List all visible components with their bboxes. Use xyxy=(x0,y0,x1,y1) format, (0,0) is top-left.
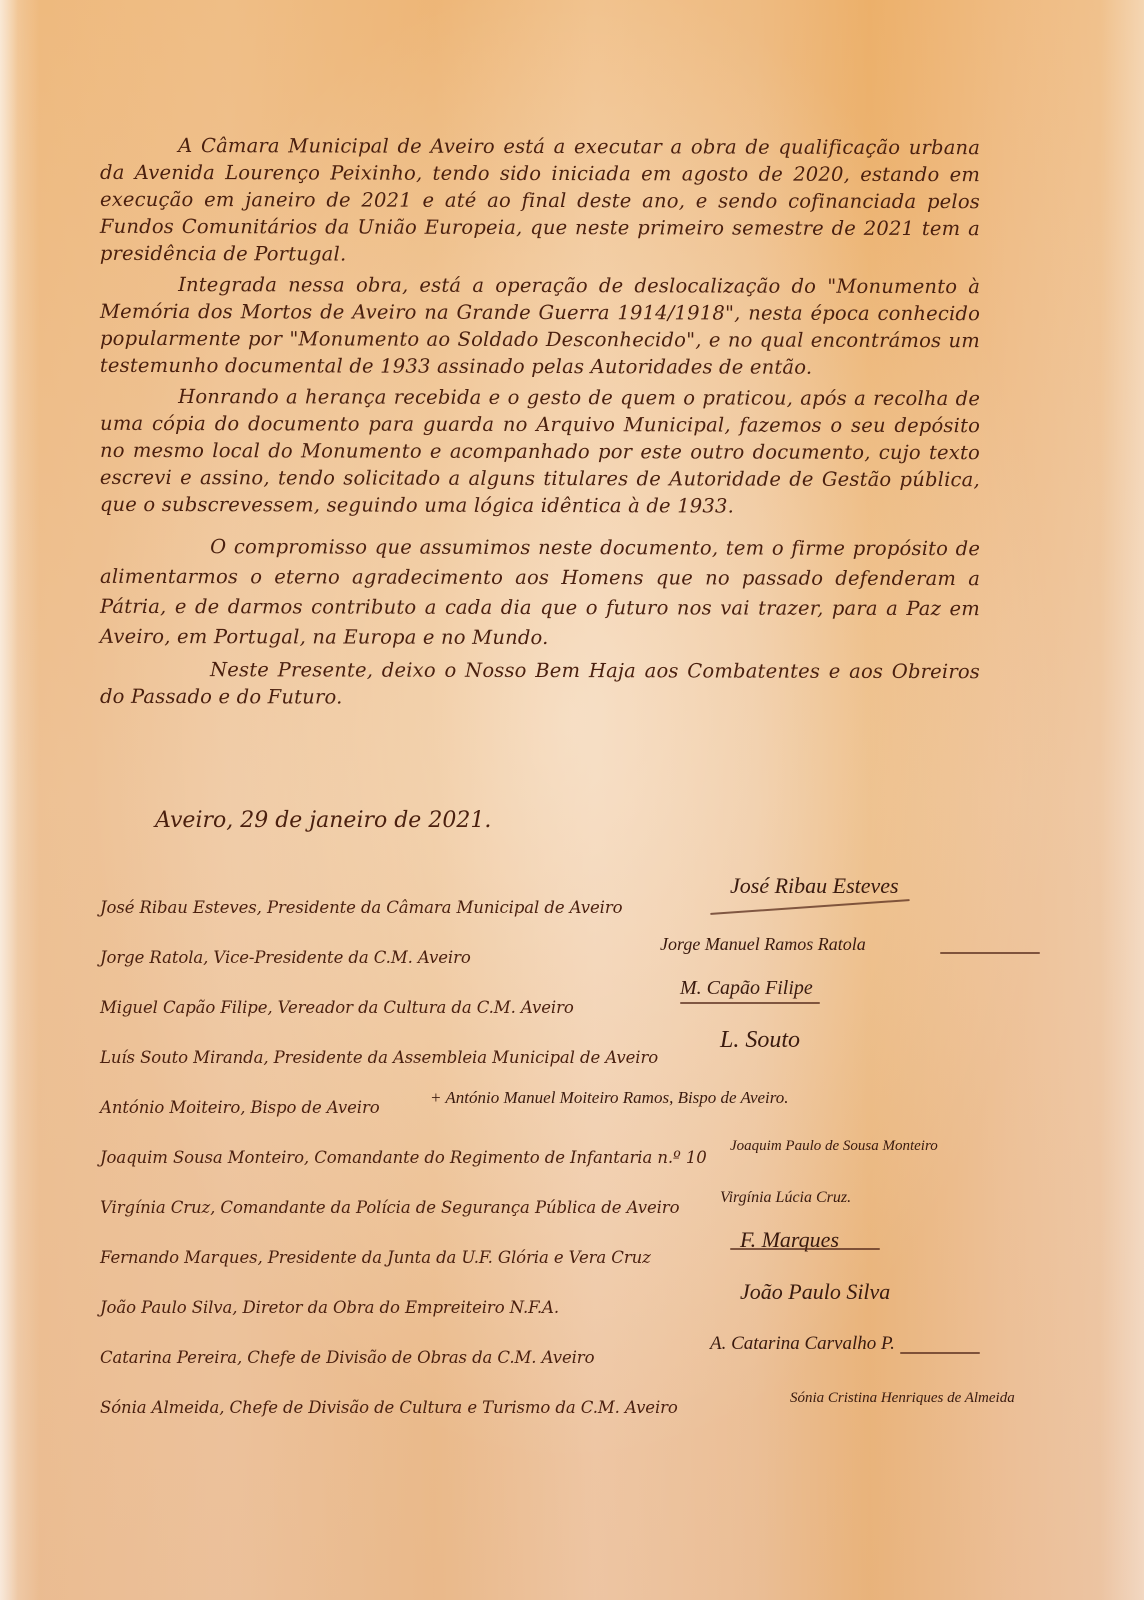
paragraph-5: Neste Presente, deixo o Nosso Bem Haja a… xyxy=(100,656,980,712)
signatory-row: Joaquim Sousa Monteiro, Comandante do Re… xyxy=(100,1122,1060,1172)
paragraph-3: Honrando a herança recebida e o gesto de… xyxy=(100,383,980,520)
signatory-name: Miguel Capão Filipe, Vereador da Cultura… xyxy=(100,994,574,1022)
signatory-name: Sónia Almeida, Chefe de Divisão de Cultu… xyxy=(100,1394,678,1422)
signatory-name: António Moiteiro, Bispo de Aveiro xyxy=(100,1094,380,1122)
paragraph-1: A Câmara Municipal de Aveiro está a exec… xyxy=(100,132,980,269)
signature-flourish xyxy=(940,952,1040,954)
signature: Joaquim Paulo de Sousa Monteiro xyxy=(730,1134,938,1158)
signatory-name: Luís Souto Miranda, Presidente da Assemb… xyxy=(100,1044,658,1072)
signature: João Paulo Silva xyxy=(740,1280,890,1304)
signatory-name: Catarina Pereira, Chefe de Divisão de Ob… xyxy=(100,1344,594,1372)
signatory-name: João Paulo Silva, Diretor da Obra do Emp… xyxy=(100,1294,559,1322)
signature: M. Capão Filipe xyxy=(680,976,813,1000)
signatory-row: Jorge Ratola, Vice-Presidente da C.M. Av… xyxy=(100,922,1060,972)
signatory-row: Fernando Marques, Presidente da Junta da… xyxy=(100,1222,1060,1272)
signatory-name: Fernando Marques, Presidente da Junta da… xyxy=(100,1244,651,1272)
signatory-row: Luís Souto Miranda, Presidente da Assemb… xyxy=(100,1022,1060,1072)
signatory-name: José Ribau Esteves, Presidente da Câmara… xyxy=(100,894,622,922)
signature: Jorge Manuel Ramos Ratola xyxy=(660,932,866,956)
signatory-row: António Moiteiro, Bispo de Aveiro + Antó… xyxy=(100,1072,1060,1122)
signature-flourish xyxy=(680,1002,820,1004)
signatory-name: Joaquim Sousa Monteiro, Comandante do Re… xyxy=(100,1144,707,1172)
signature: Sónia Cristina Henriques de Almeida xyxy=(790,1386,1015,1410)
signature-flourish xyxy=(730,1248,880,1250)
signature-flourish xyxy=(710,899,910,915)
signatory-row: Virgínia Cruz, Comandante da Polícia de … xyxy=(100,1172,1060,1222)
paragraph-4: O compromisso que assumimos neste docume… xyxy=(100,532,980,654)
document-body: A Câmara Municipal de Aveiro está a exec… xyxy=(100,133,980,715)
signatory-row: Catarina Pereira, Chefe de Divisão de Ob… xyxy=(100,1322,1060,1372)
signature-flourish xyxy=(900,1352,980,1354)
signatory-row: José Ribau Esteves, Presidente da Câmara… xyxy=(100,872,1060,922)
signature: L. Souto xyxy=(720,1028,800,1052)
signatory-row: Sónia Almeida, Chefe de Divisão de Cultu… xyxy=(100,1372,1060,1422)
signature: José Ribau Esteves xyxy=(730,874,899,898)
signatory-row: João Paulo Silva, Diretor da Obra do Emp… xyxy=(100,1272,1060,1322)
signatory-row: Miguel Capão Filipe, Vereador da Cultura… xyxy=(100,972,1060,1022)
signatory-name: Virgínia Cruz, Comandante da Polícia de … xyxy=(100,1194,679,1222)
signature: Virgínia Lúcia Cruz. xyxy=(720,1186,851,1210)
signatories-list: José Ribau Esteves, Presidente da Câmara… xyxy=(100,872,1060,1422)
place-date: Aveiro, 29 de janeiro de 2021. xyxy=(155,808,491,833)
paragraph-2: Integrada nessa obra, está a operação de… xyxy=(100,271,980,381)
signature: A. Catarina Carvalho P. xyxy=(710,1332,895,1356)
signatory-name: Jorge Ratola, Vice-Presidente da C.M. Av… xyxy=(100,944,471,972)
signature: + António Manuel Moiteiro Ramos, Bispo d… xyxy=(430,1086,789,1110)
document-page: A Câmara Municipal de Aveiro está a exec… xyxy=(0,0,1144,1600)
